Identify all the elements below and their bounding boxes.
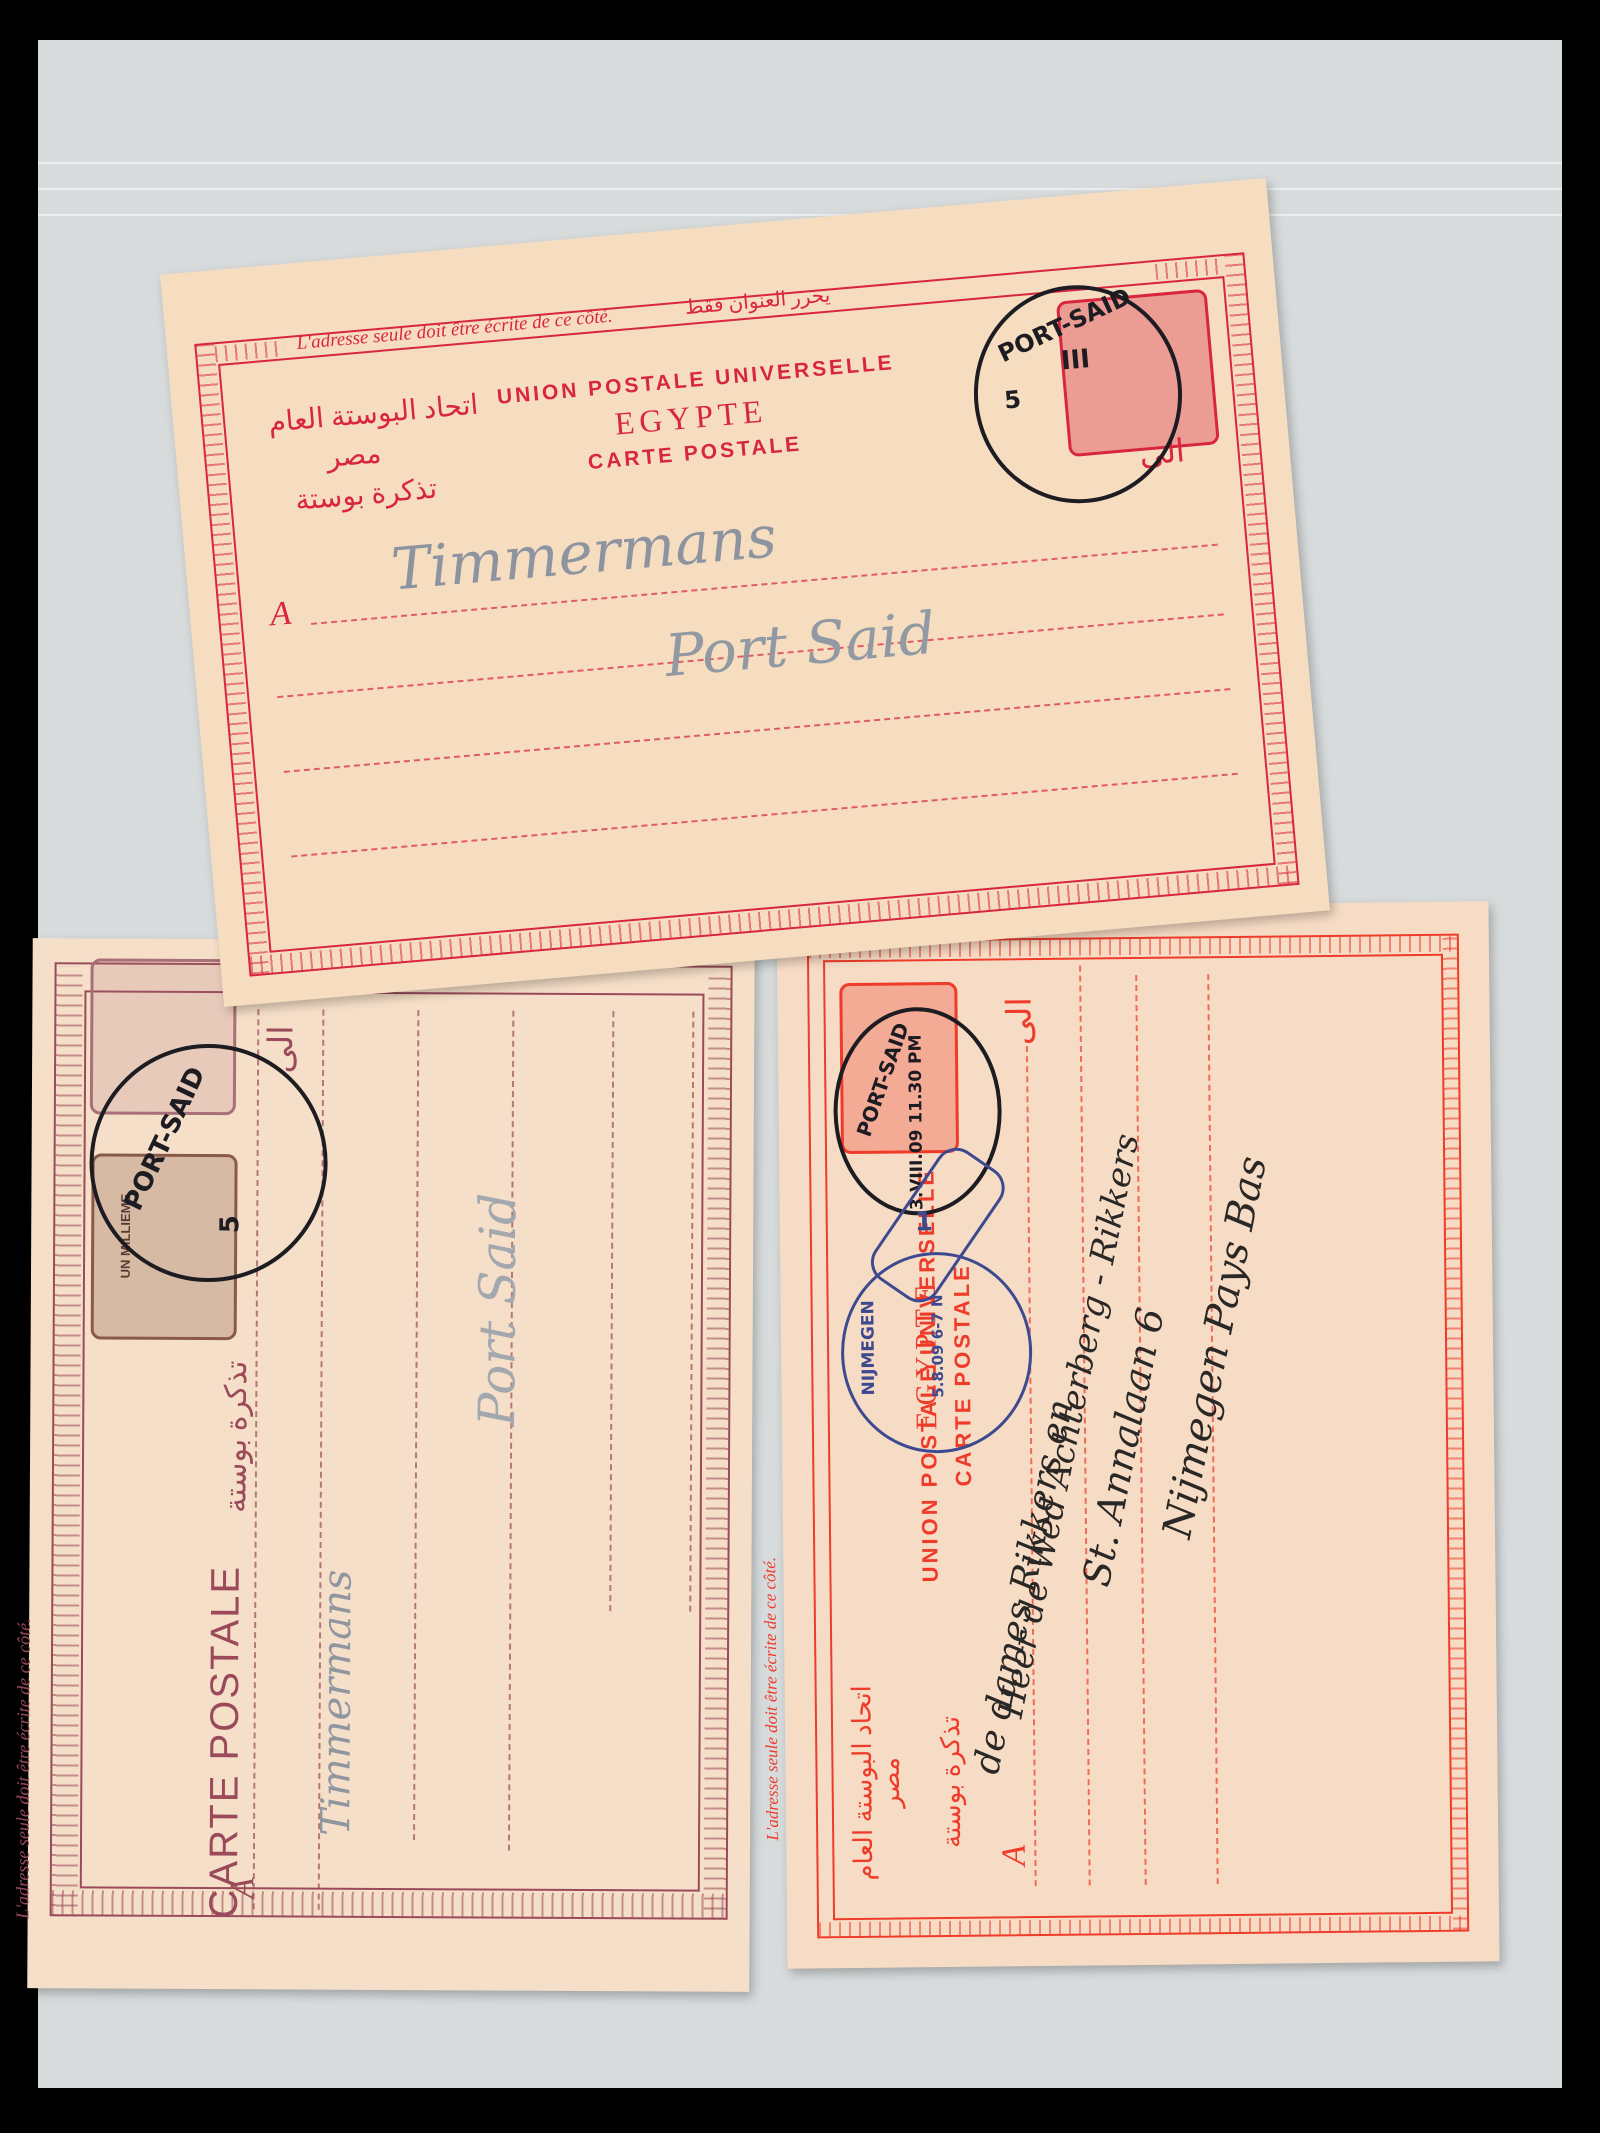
page-strip <box>38 214 1562 216</box>
postmark-date: III <box>1060 344 1092 376</box>
handwriting-name: Timmermans <box>313 1569 360 1835</box>
instruction-text-fr: L'adresse seule doit être écrite de ce c… <box>760 1557 783 1841</box>
address-prefix: A <box>996 1845 1034 1866</box>
arabic-line1: اتحاد البوستة العام <box>847 1685 879 1881</box>
address-prefix: A <box>224 1878 262 1899</box>
page-strip <box>38 188 1562 190</box>
postmark-day: 5 <box>1003 385 1022 414</box>
border-pattern <box>52 966 83 1916</box>
arabic-to: الى <box>999 997 1040 1046</box>
handwriting-city: Port Said <box>468 1193 527 1427</box>
postmark-day: 5 <box>215 1215 245 1233</box>
postcard-right: L'adresse seule doit être écrite de ce c… <box>776 901 1499 1968</box>
instruction-text-fr: L'adresse seule doit être écrite de ce c… <box>12 1618 35 1919</box>
arabic-line2: مصر <box>325 436 382 475</box>
arabic-title: تذكرة بوستة <box>218 1360 254 1512</box>
postcard-left: L'adresse seule doit être écrite de ce c… <box>27 938 754 1992</box>
address-prefix: A <box>269 595 293 635</box>
arabic-line3: تذكرة بوستة <box>936 1716 967 1848</box>
border-pattern <box>52 1890 726 1918</box>
arabic-line2: مصر <box>876 1757 907 1808</box>
postcard-top: L'adresse seule doit être écrite de ce c… <box>160 178 1330 1007</box>
page-strip <box>38 162 1562 164</box>
transit-mark-text: 1 <box>915 1207 933 1237</box>
card-title: CARTE POSTALE <box>202 1565 249 1919</box>
arrival-postmark-date: 5.8.09 6-7 N <box>928 1294 947 1397</box>
arrival-postmark-city: NIJMEGEN <box>858 1300 879 1395</box>
